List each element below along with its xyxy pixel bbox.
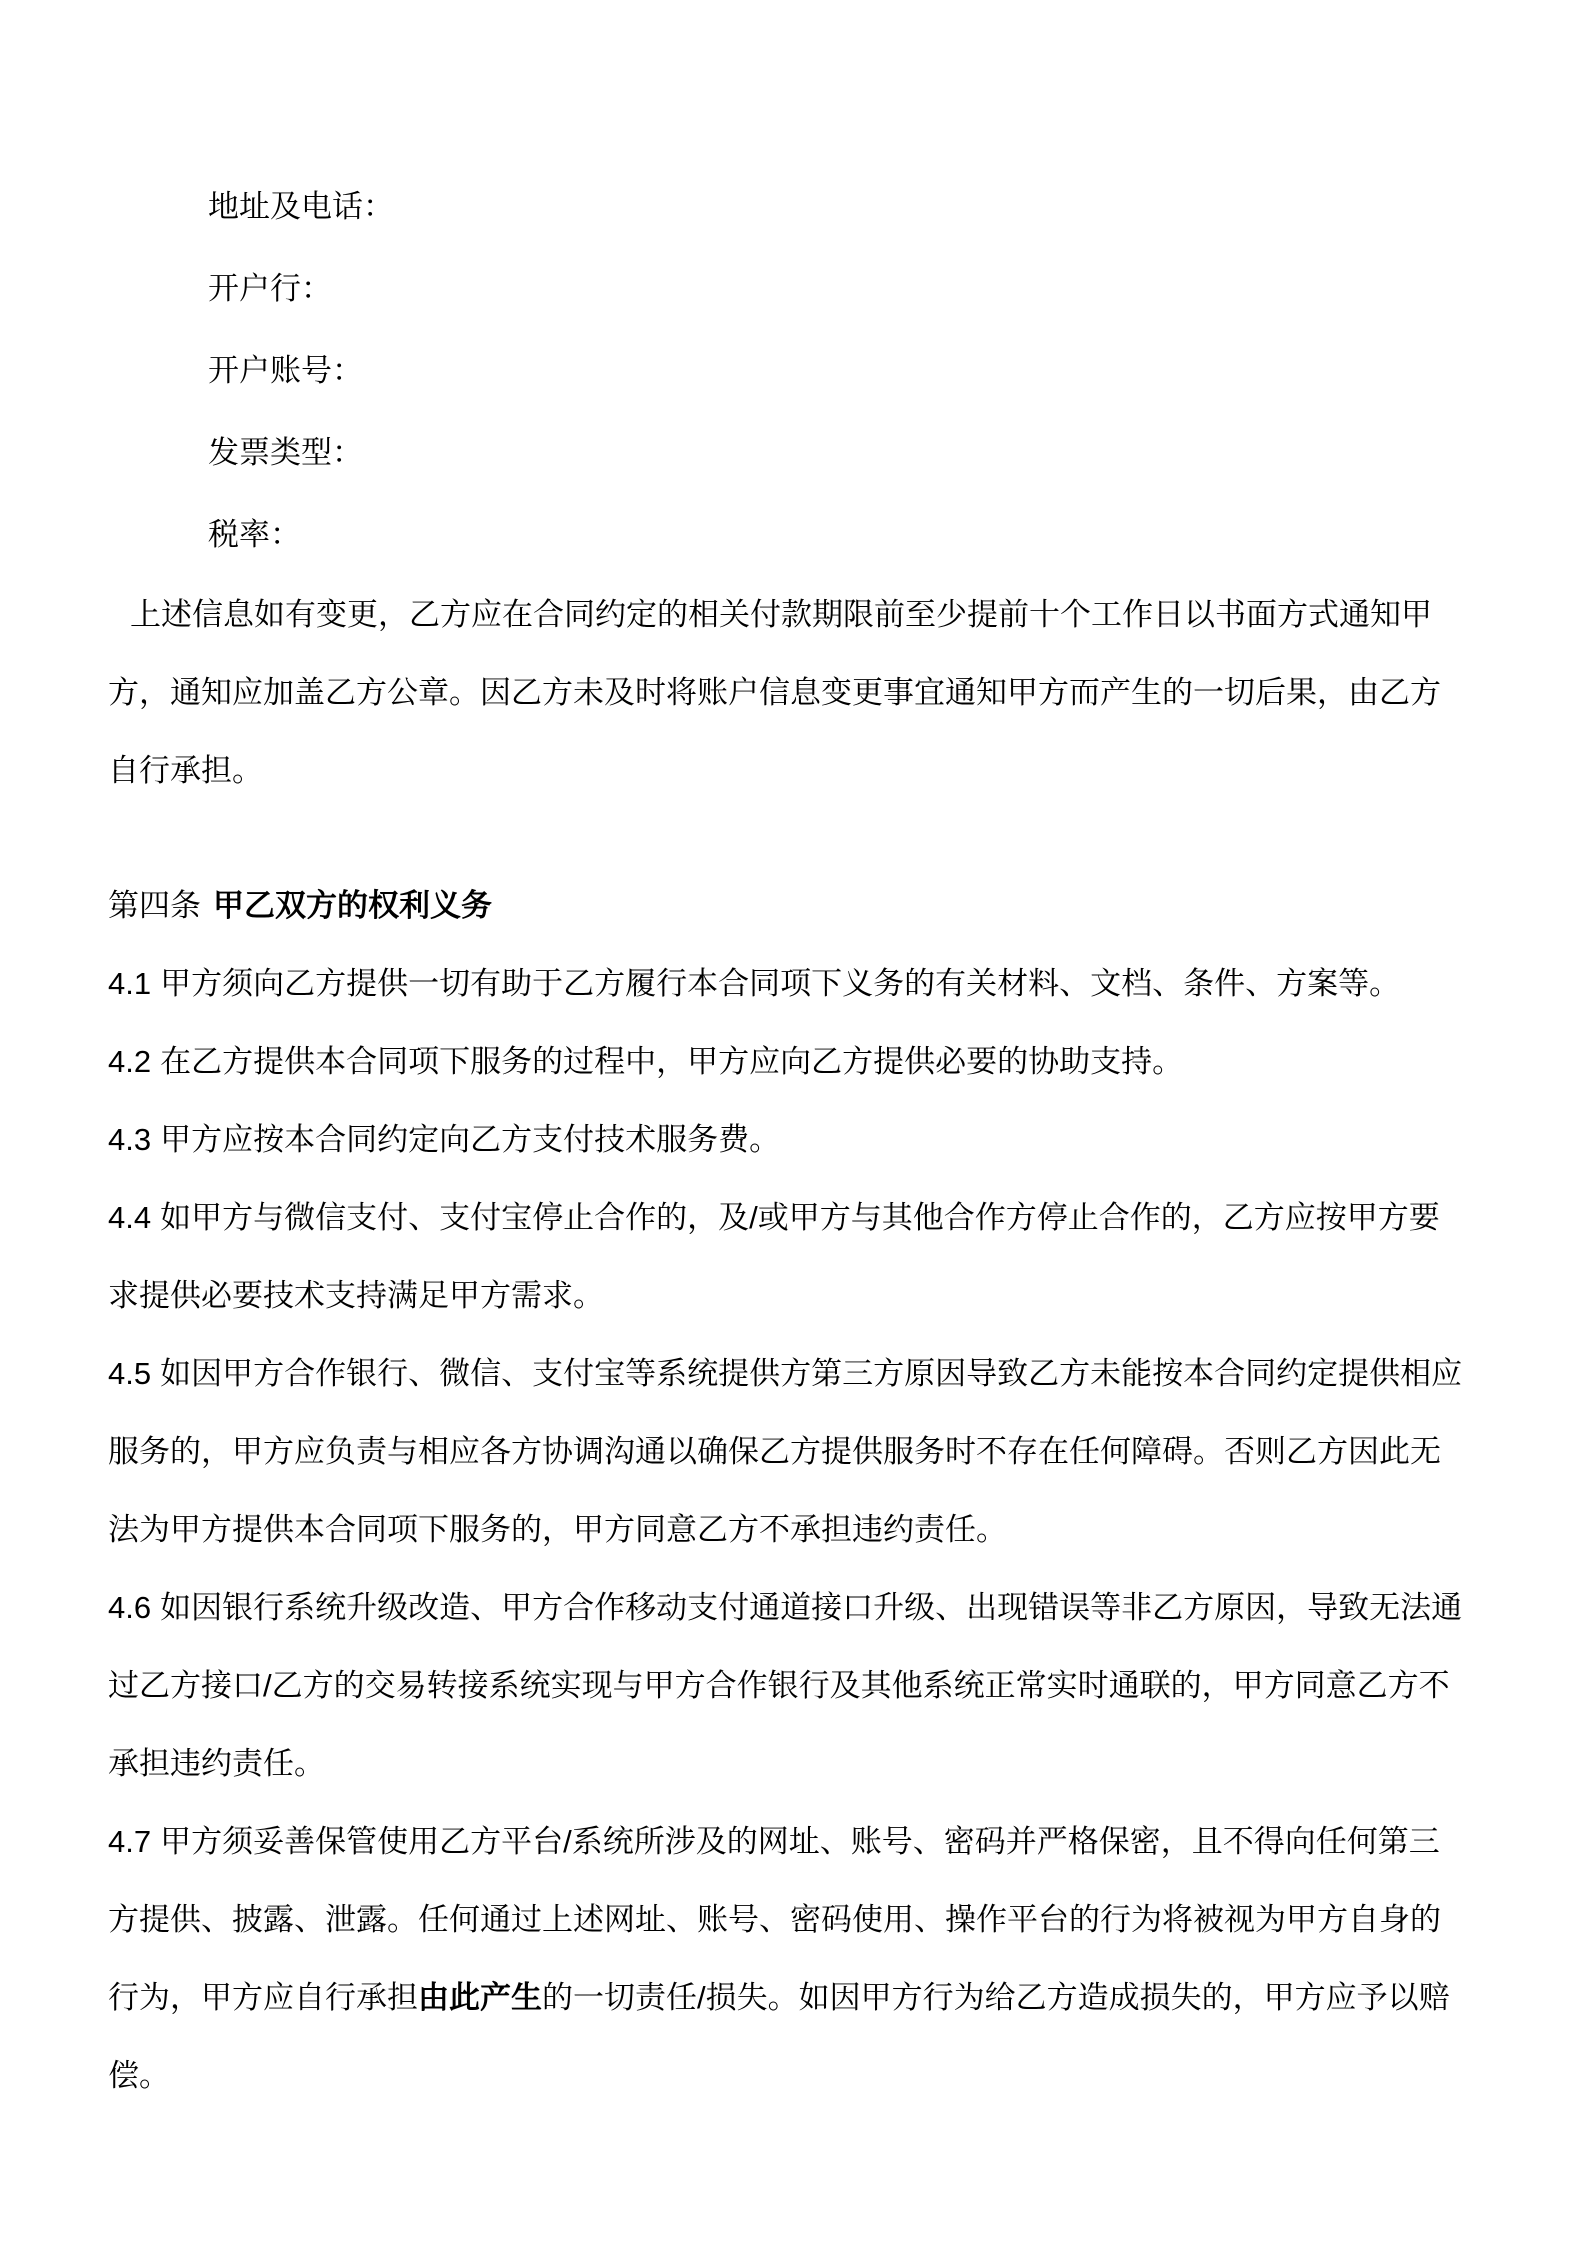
- clause-4-6: 4.6如因银行系统升级改造、甲方合作移动支付通道接口升级、出现错误等非乙方原因，…: [108, 1569, 1516, 1803]
- article-title: 甲乙双方的权利义务: [213, 888, 492, 923]
- notice-line: 上述信息如有变更，乙方应在合同约定的相关付款期限前至少提前十个工作日以书面方式通…: [108, 576, 1516, 654]
- clause-number: 4.5: [108, 1356, 151, 1391]
- clause-4-4: 4.4如甲方与微信支付、支付宝停止合作的，及/或甲方与其他合作方停止合作的，乙方…: [108, 1179, 1516, 1335]
- clause-text-emphasis: 由此产生: [418, 1980, 542, 2015]
- article-number: 第四条: [108, 888, 201, 923]
- clause-line: 偿。: [108, 2037, 1516, 2115]
- field-invoice-type: 发票类型：: [208, 412, 1516, 494]
- clause-number: 4.2: [108, 1044, 151, 1079]
- field-address-phone: 地址及电话：: [208, 166, 1516, 248]
- contract-document-page: 地址及电话： 开户行： 开户账号： 发票类型： 税率： 上述信息如有变更，乙方应…: [0, 0, 1586, 2244]
- clause-line: 4.7甲方须妥善保管使用乙方平台/系统所涉及的网址、账号、密码并严格保密，且不得…: [108, 1803, 1516, 1881]
- clause-text: 承担违约责任。: [108, 1746, 325, 1781]
- clause-line: 4.1甲方须向乙方提供一切有助于乙方履行本合同项下义务的有关材料、文档、条件、方…: [108, 945, 1516, 1023]
- clause-line: 4.5如因甲方合作银行、微信、支付宝等系统提供方第三方原因导致乙方未能按本合同约…: [108, 1335, 1516, 1413]
- field-tax-rate: 税率：: [208, 494, 1516, 576]
- clause-text: 甲方应按本合同约定向乙方支付技术服务费。: [160, 1122, 780, 1157]
- account-info-fields: 地址及电话： 开户行： 开户账号： 发票类型： 税率：: [108, 166, 1516, 576]
- clause-text: 的一切责任/损失。如因甲方行为给乙方造成损失的，甲方应予以赔: [542, 1980, 1450, 2015]
- clause-line: 4.3甲方应按本合同约定向乙方支付技术服务费。: [108, 1101, 1516, 1179]
- clause-text: 如因银行系统升级改造、甲方合作移动支付通道接口升级、出现错误等非乙方原因，导致无…: [160, 1590, 1462, 1625]
- account-change-notice-paragraph: 上述信息如有变更，乙方应在合同约定的相关付款期限前至少提前十个工作日以书面方式通…: [108, 576, 1516, 810]
- clause-line: 行为，甲方应自行承担由此产生的一切责任/损失。如因甲方行为给乙方造成损失的，甲方…: [108, 1959, 1516, 2037]
- clause-4-7: 4.7甲方须妥善保管使用乙方平台/系统所涉及的网址、账号、密码并严格保密，且不得…: [108, 1803, 1516, 2115]
- clause-number: 4.4: [108, 1200, 151, 1235]
- clause-text: 如因甲方合作银行、微信、支付宝等系统提供方第三方原因导致乙方未能按本合同约定提供…: [160, 1356, 1462, 1391]
- clause-line: 4.4如甲方与微信支付、支付宝停止合作的，及/或甲方与其他合作方停止合作的，乙方…: [108, 1179, 1516, 1257]
- clause-4-2: 4.2在乙方提供本合同项下服务的过程中，甲方应向乙方提供必要的协助支持。: [108, 1023, 1516, 1101]
- clause-line: 方提供、披露、泄露。任何通过上述网址、账号、密码使用、操作平台的行为将被视为甲方…: [108, 1881, 1516, 1959]
- clause-line: 承担违约责任。: [108, 1725, 1516, 1803]
- clause-text: 甲方须妥善保管使用乙方平台/系统所涉及的网址、账号、密码并严格保密，且不得向任何…: [160, 1824, 1440, 1859]
- clause-text: 如甲方与微信支付、支付宝停止合作的，及/或甲方与其他合作方停止合作的，乙方应按甲…: [160, 1200, 1440, 1235]
- clause-line: 4.6如因银行系统升级改造、甲方合作移动支付通道接口升级、出现错误等非乙方原因，…: [108, 1569, 1516, 1647]
- clause-line: 服务的，甲方应负责与相应各方协调沟通以确保乙方提供服务时不存在任何障碍。否则乙方…: [108, 1413, 1516, 1491]
- clause-text: 求提供必要技术支持满足甲方需求。: [108, 1278, 604, 1313]
- clause-number: 4.7: [108, 1824, 151, 1859]
- article-4-clauses: 4.1甲方须向乙方提供一切有助于乙方履行本合同项下义务的有关材料、文档、条件、方…: [108, 945, 1516, 2115]
- clause-4-1: 4.1甲方须向乙方提供一切有助于乙方履行本合同项下义务的有关材料、文档、条件、方…: [108, 945, 1516, 1023]
- notice-line: 方，通知应加盖乙方公章。因乙方未及时将账户信息变更事宜通知甲方而产生的一切后果，…: [108, 654, 1516, 732]
- clause-text: 方提供、披露、泄露。任何通过上述网址、账号、密码使用、操作平台的行为将被视为甲方…: [108, 1902, 1441, 1937]
- notice-line: 自行承担。: [108, 732, 1516, 810]
- clause-text: 法为甲方提供本合同项下服务的，甲方同意乙方不承担违约责任。: [108, 1512, 1007, 1547]
- clause-number: 4.3: [108, 1122, 151, 1157]
- clause-line: 求提供必要技术支持满足甲方需求。: [108, 1257, 1516, 1335]
- article-4-heading: 第四条甲乙双方的权利义务: [108, 867, 1516, 945]
- clause-line: 4.2在乙方提供本合同项下服务的过程中，甲方应向乙方提供必要的协助支持。: [108, 1023, 1516, 1101]
- clause-text: 服务的，甲方应负责与相应各方协调沟通以确保乙方提供服务时不存在任何障碍。否则乙方…: [108, 1434, 1441, 1469]
- clause-text: 在乙方提供本合同项下服务的过程中，甲方应向乙方提供必要的协助支持。: [160, 1044, 1183, 1079]
- clause-text: 甲方须向乙方提供一切有助于乙方履行本合同项下义务的有关材料、文档、条件、方案等。: [160, 966, 1400, 1001]
- clause-line: 法为甲方提供本合同项下服务的，甲方同意乙方不承担违约责任。: [108, 1491, 1516, 1569]
- clause-text: 过乙方接口/乙方的交易转接系统实现与甲方合作银行及其他系统正常实时通联的，甲方同…: [108, 1668, 1450, 1703]
- clause-number: 4.6: [108, 1590, 151, 1625]
- clause-number: 4.1: [108, 966, 151, 1001]
- clause-text: 偿。: [108, 2058, 170, 2093]
- clause-text: 行为，甲方应自行承担: [108, 1980, 418, 2015]
- clause-line: 过乙方接口/乙方的交易转接系统实现与甲方合作银行及其他系统正常实时通联的，甲方同…: [108, 1647, 1516, 1725]
- field-bank-account: 开户账号：: [208, 330, 1516, 412]
- field-bank-name: 开户行：: [208, 248, 1516, 330]
- clause-4-3: 4.3甲方应按本合同约定向乙方支付技术服务费。: [108, 1101, 1516, 1179]
- clause-4-5: 4.5如因甲方合作银行、微信、支付宝等系统提供方第三方原因导致乙方未能按本合同约…: [108, 1335, 1516, 1569]
